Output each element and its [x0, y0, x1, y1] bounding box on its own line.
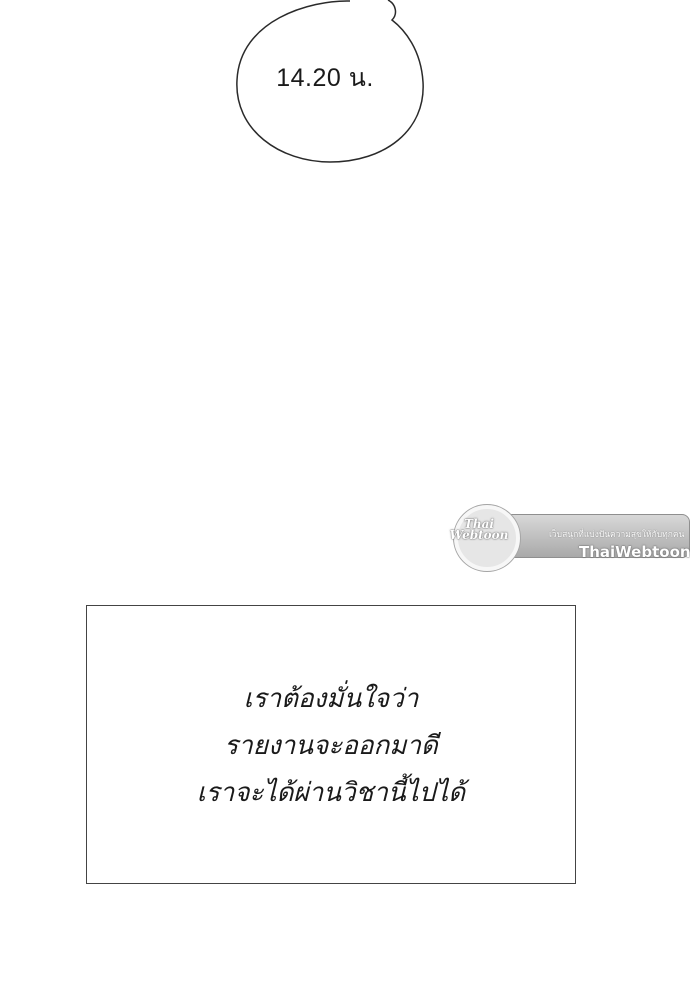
narration-line-1: เราต้องมั่นใจว่า: [87, 676, 575, 723]
narration-line-2: รายงานจะออกมาดี: [87, 723, 575, 770]
narration-box: เราต้องมั่นใจว่า รายงานจะออกมาดี เราจะได…: [86, 605, 576, 884]
watermark-brand: ThaiWebtoon: [579, 543, 690, 561]
speech-bubble-text: 14.20 น.: [236, 58, 414, 98]
narration-text: เราต้องมั่นใจว่า รายงานจะออกมาดี เราจะได…: [87, 676, 575, 817]
watermark-tagline: เว็บสนุกที่แบ่งปันความสุขให้กับทุกคน: [549, 527, 684, 541]
narration-line-3: เราจะได้ผ่านวิชานี้ไปได้: [87, 770, 575, 817]
watermark: เว็บสนุกที่แบ่งปันความสุขให้กับทุกคน Tha…: [446, 503, 690, 567]
watermark-logo-line2: Webtoon: [446, 530, 512, 541]
watermark-logo-icon: Thai Webtoon: [446, 519, 512, 541]
